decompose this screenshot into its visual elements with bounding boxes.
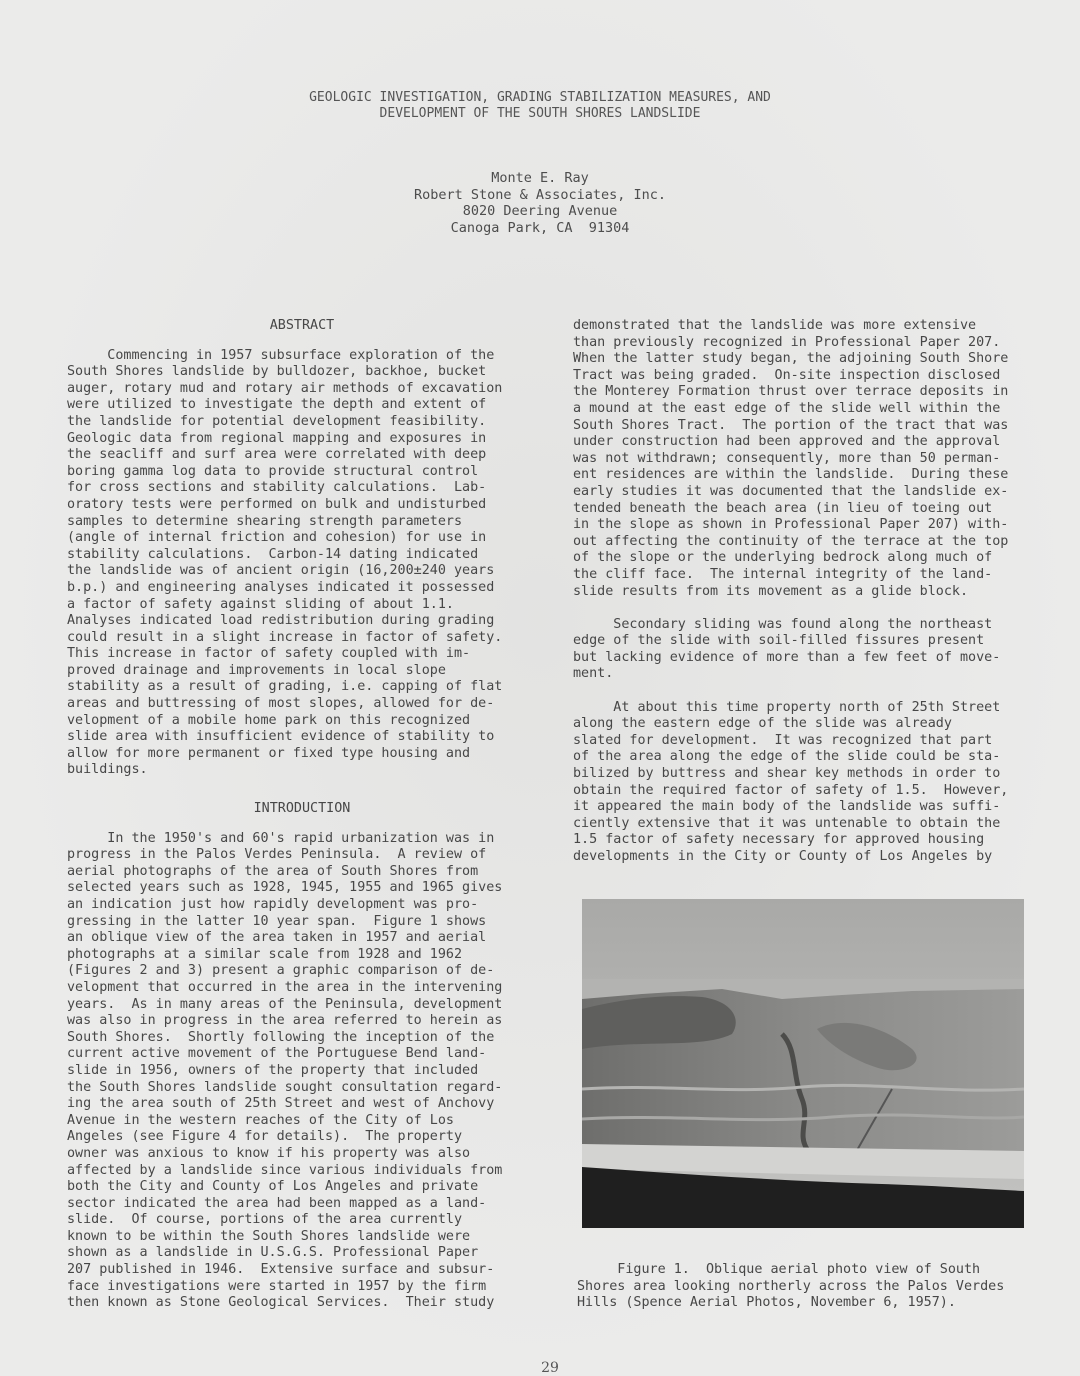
abstract-line: slide area with insufficient evidence of… bbox=[67, 729, 537, 746]
introduction-line: velopment that occurred in the area in t… bbox=[67, 980, 537, 997]
figure-1-caption: Figure 1. Oblique aerial photo view of S… bbox=[577, 1262, 1047, 1312]
author-block: Monte E. Ray Robert Stone & Associates, … bbox=[240, 170, 840, 236]
introduction-line: affected by a landslide since various in… bbox=[67, 1163, 537, 1180]
author-name: Monte E. Ray bbox=[240, 170, 840, 187]
right-paragraph-line: but lacking evidence of more than a few … bbox=[573, 650, 1043, 667]
abstract-line: South Shores landslide by bulldozer, bac… bbox=[67, 364, 537, 381]
abstract-line: allow for more permanent or fixed type h… bbox=[67, 746, 537, 763]
introduction-line: years. As in many areas of the Peninsula… bbox=[67, 997, 537, 1014]
right-paragraph-line: of the area along the edge of the slide … bbox=[573, 749, 1043, 766]
right-paragraph-line: developments in the City or County of Lo… bbox=[573, 849, 1043, 866]
introduction-line: current active movement of the Portugues… bbox=[67, 1046, 537, 1063]
right-paragraph-line: Tract was being graded. On-site inspecti… bbox=[573, 368, 1043, 385]
right-paragraph-line: Secondary sliding was found along the no… bbox=[573, 617, 1043, 634]
right-paragraph-line: of the slope or the underlying bedrock a… bbox=[573, 550, 1043, 567]
right-paragraph-line: ciently extensive that it was untenable … bbox=[573, 816, 1043, 833]
left-column: ABSTRACT Commencing in 1957 subsurface e… bbox=[67, 318, 537, 1328]
introduction-line: both the City and County of Los Angeles … bbox=[67, 1179, 537, 1196]
introduction-heading: INTRODUCTION bbox=[67, 801, 537, 818]
introduction-line: selected years such as 1928, 1945, 1955 … bbox=[67, 880, 537, 897]
right-paragraph-line: the cliff face. The internal integrity o… bbox=[573, 567, 1043, 584]
author-company: Robert Stone & Associates, Inc. bbox=[240, 187, 840, 204]
abstract-line: were utilized to investigate the depth a… bbox=[67, 397, 537, 414]
right-paragraph-line: in the slope as shown in Professional Pa… bbox=[573, 517, 1043, 534]
introduction-line: owner was anxious to know if his propert… bbox=[67, 1146, 537, 1163]
abstract-line: oratory tests were performed on bulk and… bbox=[67, 497, 537, 514]
caption-line: Hills (Spence Aerial Photos, November 6,… bbox=[577, 1295, 1047, 1312]
right-paragraph-line: obtain the required factor of safety of … bbox=[573, 783, 1043, 800]
right-paragraph-line: demonstrated that the landslide was more… bbox=[573, 318, 1043, 335]
introduction-line: face investigations were started in 1957… bbox=[67, 1279, 537, 1296]
introduction-line: an oblique view of the area taken in 195… bbox=[67, 930, 537, 947]
introduction-body: In the 1950's and 60's rapid urbanizatio… bbox=[67, 831, 537, 1312]
introduction-line: 207 published in 1946. Extensive surface… bbox=[67, 1262, 537, 1279]
right-paragraph-line: along the eastern edge of the slide was … bbox=[573, 716, 1043, 733]
abstract-line: could result in a slight increase in fac… bbox=[67, 630, 537, 647]
aerial-photo-image bbox=[582, 899, 1024, 1228]
introduction-line: gressing in the latter 10 year span. Fig… bbox=[67, 914, 537, 931]
author-address: 8020 Deering Avenue bbox=[240, 203, 840, 220]
right-paragraph: demonstrated that the landslide was more… bbox=[573, 318, 1043, 600]
figure-1-aerial-photo bbox=[582, 899, 1024, 1228]
introduction-line: sector indicated the area had been mappe… bbox=[67, 1196, 537, 1213]
abstract-line: a factor of safety against sliding of ab… bbox=[67, 597, 537, 614]
right-paragraph-line: At about this time property north of 25t… bbox=[573, 700, 1043, 717]
right-paragraph-line: it appeared the main body of the landsli… bbox=[573, 799, 1043, 816]
right-paragraph-line: When the latter study began, the adjoini… bbox=[573, 351, 1043, 368]
right-paragraph-line: bilized by buttress and shear key method… bbox=[573, 766, 1043, 783]
abstract-heading: ABSTRACT bbox=[67, 318, 537, 335]
right-paragraph-line: ent residences are within the landslide.… bbox=[573, 467, 1043, 484]
abstract-line: This increase in factor of safety couple… bbox=[67, 646, 537, 663]
introduction-line: (Figures 2 and 3) present a graphic comp… bbox=[67, 963, 537, 980]
abstract-line: b.p.) and engineering analyses indicated… bbox=[67, 580, 537, 597]
abstract-line: (angle of internal friction and cohesion… bbox=[67, 530, 537, 547]
page-number: 29 bbox=[0, 1360, 1080, 1376]
abstract-line: the landslide for potential development … bbox=[67, 414, 537, 431]
right-paragraph-line: slated for development. It was recognize… bbox=[573, 733, 1043, 750]
introduction-line: the South Shores landslide sought consul… bbox=[67, 1080, 537, 1097]
introduction-line: shown as a landslide in U.S.G.S. Profess… bbox=[67, 1245, 537, 1262]
right-paragraph-line: tended beneath the beach area (in lieu o… bbox=[573, 501, 1043, 518]
abstract-line: Geologic data from regional mapping and … bbox=[67, 431, 537, 448]
abstract-line: stability calculations. Carbon-14 dating… bbox=[67, 547, 537, 564]
abstract-line: for cross sections and stability calcula… bbox=[67, 480, 537, 497]
caption-line: Shores area looking northerly across the… bbox=[577, 1279, 1047, 1296]
abstract-line: the landslide was of ancient origin (16,… bbox=[67, 563, 537, 580]
introduction-line: progress in the Palos Verdes Peninsula. … bbox=[67, 847, 537, 864]
introduction-line: aerial photographs of the area of South … bbox=[67, 864, 537, 881]
right-paragraph-line: under construction had been approved and… bbox=[573, 434, 1043, 451]
right-paragraph: At about this time property north of 25t… bbox=[573, 700, 1043, 866]
right-paragraph-line: early studies it was documented that the… bbox=[573, 484, 1043, 501]
abstract-line: Analyses indicated load redistribution d… bbox=[67, 613, 537, 630]
abstract-line: the seacliff and surf area were correlat… bbox=[67, 447, 537, 464]
introduction-line: then known as Stone Geological Services.… bbox=[67, 1295, 537, 1312]
abstract-line: stability as a result of grading, i.e. c… bbox=[67, 679, 537, 696]
introduction-line: an indication just how rapidly developme… bbox=[67, 897, 537, 914]
introduction-line: slide in 1956, owners of the property th… bbox=[67, 1063, 537, 1080]
right-paragraph-line: was not withdrawn; consequently, more th… bbox=[573, 451, 1043, 468]
right-paragraph-line: out affecting the continuity of the terr… bbox=[573, 534, 1043, 551]
introduction-line: ing the area south of 25th Street and we… bbox=[67, 1096, 537, 1113]
introduction-line: was also in progress in the area referre… bbox=[67, 1013, 537, 1030]
abstract-body: Commencing in 1957 subsurface exploratio… bbox=[67, 348, 537, 779]
right-paragraph-line: the Monterey Formation thrust over terra… bbox=[573, 384, 1043, 401]
abstract-line: proved drainage and improvements in loca… bbox=[67, 663, 537, 680]
title-line-2: DEVELOPMENT OF THE SOUTH SHORES LANDSLID… bbox=[180, 106, 900, 122]
introduction-line: South Shores. Shortly following the ince… bbox=[67, 1030, 537, 1047]
paper-title: GEOLOGIC INVESTIGATION, GRADING STABILIZ… bbox=[180, 90, 900, 122]
abstract-line: Commencing in 1957 subsurface exploratio… bbox=[67, 348, 537, 365]
abstract-line: samples to determine shearing strength p… bbox=[67, 514, 537, 531]
right-paragraph-line: a mound at the east edge of the slide we… bbox=[573, 401, 1043, 418]
abstract-line: buildings. bbox=[67, 762, 537, 779]
right-column: demonstrated that the landslide was more… bbox=[573, 318, 1043, 882]
abstract-line: boring gamma log data to provide structu… bbox=[67, 464, 537, 481]
right-paragraph-line: South Shores Tract. The portion of the t… bbox=[573, 418, 1043, 435]
title-line-1: GEOLOGIC INVESTIGATION, GRADING STABILIZ… bbox=[180, 90, 900, 106]
right-paragraph-line: edge of the slide with soil-filled fissu… bbox=[573, 633, 1043, 650]
abstract-line: velopment of a mobile home park on this … bbox=[67, 713, 537, 730]
introduction-line: known to be within the South Shores land… bbox=[67, 1229, 537, 1246]
author-city: Canoga Park, CA 91304 bbox=[240, 220, 840, 237]
introduction-line: In the 1950's and 60's rapid urbanizatio… bbox=[67, 831, 537, 848]
abstract-line: areas and buttressing of most slopes, al… bbox=[67, 696, 537, 713]
introduction-line: photographs at a similar scale from 1928… bbox=[67, 947, 537, 964]
abstract-line: auger, rotary mud and rotary air methods… bbox=[67, 381, 537, 398]
right-paragraph-line: ment. bbox=[573, 666, 1043, 683]
right-paragraph-line: 1.5 factor of safety necessary for appro… bbox=[573, 832, 1043, 849]
right-paragraph-line: than previously recognized in Profession… bbox=[573, 335, 1043, 352]
caption-line: Figure 1. Oblique aerial photo view of S… bbox=[577, 1262, 1047, 1279]
introduction-line: Angeles (see Figure 4 for details). The … bbox=[67, 1129, 537, 1146]
right-paragraph: Secondary sliding was found along the no… bbox=[573, 617, 1043, 683]
introduction-line: slide. Of course, portions of the area c… bbox=[67, 1212, 537, 1229]
introduction-line: Avenue in the western reaches of the Cit… bbox=[67, 1113, 537, 1130]
right-paragraph-line: slide results from its movement as a gli… bbox=[573, 584, 1043, 601]
